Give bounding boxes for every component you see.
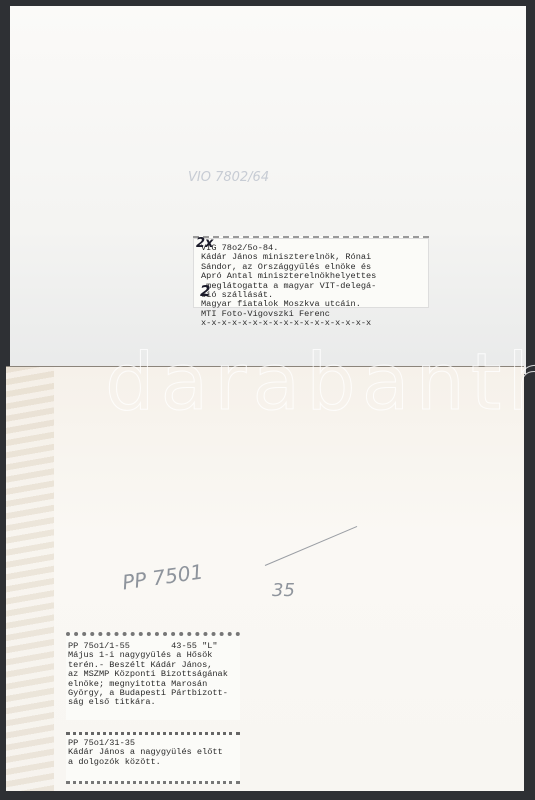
stain-edge xyxy=(6,367,54,791)
copy-count-mark: 2x xyxy=(196,236,213,251)
pencil-archive-note: VIO 7802/64 xyxy=(188,170,269,185)
number-mark: 2 xyxy=(200,282,210,300)
bottom-caption-label-2: PP 75o1/31-35 Kádár János a nagygyülés e… xyxy=(66,732,240,784)
top-caption-label: VIG 78o2/5o-84. Kádár János minisztereln… xyxy=(193,236,429,308)
pencil-number: 35 xyxy=(272,580,295,601)
watermark: darabanth xyxy=(105,338,535,428)
bottom-caption-label-1: PP 75o1/1-55 43-55 "L" Május 1-i nagygyü… xyxy=(66,632,240,720)
bottom-photo-back xyxy=(6,366,524,791)
